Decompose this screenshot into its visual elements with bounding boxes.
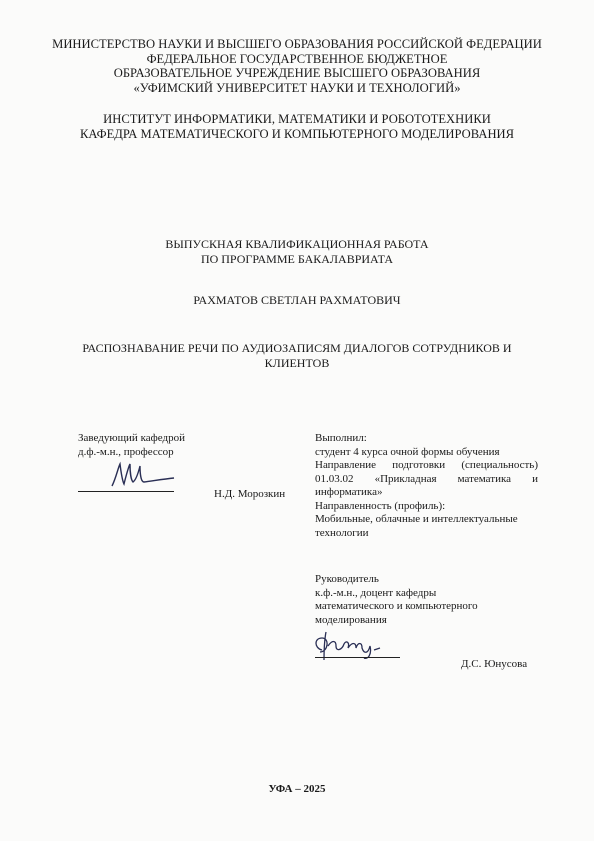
institute-header: ИНСТИТУТ ИНФОРМАТИКИ, МАТЕМАТИКИ И РОБОТ… — [0, 112, 594, 141]
header-line: «УФИМСКИЙ УНИВЕРСИТЕТ НАУКИ И ТЕХНОЛОГИЙ… — [0, 81, 594, 96]
supervisor-label: Руководитель — [315, 573, 538, 587]
ministry-header: МИНИСТЕРСТВО НАУКИ И ВЫСШЕГО ОБРАЗОВАНИЯ… — [0, 37, 594, 95]
supervisor-signature-line — [315, 657, 400, 658]
work-type: ВЫПУСКНАЯ КВАЛИФИКАЦИОННАЯ РАБОТА ПО ПРО… — [0, 237, 594, 266]
work-title-line: РАСПОЗНАВАНИЕ РЕЧИ ПО АУДИОЗАПИСЯМ ДИАЛО… — [0, 341, 594, 356]
performed-line: Направление подготовки (специальность) — [315, 459, 538, 473]
head-signature-line — [78, 491, 174, 492]
supervisor-line: к.ф.-м.н., доцент кафедры — [315, 587, 538, 601]
performed-line: Направленность (профиль): — [315, 500, 538, 514]
supervisor-line: математического и компьютерного — [315, 600, 538, 614]
performed-line: технологии — [315, 527, 538, 541]
header-line: МИНИСТЕРСТВО НАУКИ И ВЫСШЕГО ОБРАЗОВАНИЯ… — [0, 37, 594, 52]
supervisor-name: Д.С. Юнусова — [461, 658, 527, 672]
work-type-line: ПО ПРОГРАММЕ БАКАЛАВРИАТА — [0, 252, 594, 267]
header-line: ОБРАЗОВАТЕЛЬНОЕ УЧРЕЖДЕНИЕ ВЫСШЕГО ОБРАЗ… — [0, 66, 594, 81]
city-year: УФА – 2025 — [0, 783, 594, 795]
header-line: ФЕДЕРАЛЬНОЕ ГОСУДАРСТВЕННОЕ БЮДЖЕТНОЕ — [0, 52, 594, 67]
performed-line: студент 4 курса очной формы обучения — [315, 446, 538, 460]
author-name: РАХМАТОВ СВЕТЛАН РАХМАТОВИЧ — [0, 293, 594, 308]
work-type-line: ВЫПУСКНАЯ КВАЛИФИКАЦИОННАЯ РАБОТА — [0, 237, 594, 252]
performed-line: Мобильные, облачные и интеллектуальные — [315, 513, 538, 527]
supervisor-line: моделирования — [315, 614, 538, 628]
institute-name: ИНСТИТУТ ИНФОРМАТИКИ, МАТЕМАТИКИ И РОБОТ… — [0, 112, 594, 127]
performed-label: Выполнил: — [315, 432, 538, 446]
performed-line: 01.03.02 «Прикладная математика и — [315, 473, 538, 487]
head-degree: д.ф.-м.н., профессор — [78, 446, 185, 460]
head-role: Заведующий кафедрой — [78, 432, 185, 446]
department-name: КАФЕДРА МАТЕМАТИЧЕСКОГО И КОМПЬЮТЕРНОГО … — [0, 127, 594, 142]
performed-line: информатика» — [315, 486, 538, 500]
head-signature — [108, 460, 178, 492]
supervisor-block: Руководитель к.ф.-м.н., доцент кафедры м… — [315, 573, 538, 627]
head-of-department-block: Заведующий кафедрой д.ф.-м.н., профессор — [78, 432, 185, 459]
work-title-line: КЛИЕНТОВ — [0, 356, 594, 371]
work-title: РАСПОЗНАВАНИЕ РЕЧИ ПО АУДИОЗАПИСЯМ ДИАЛО… — [0, 341, 594, 370]
performed-by-block: Выполнил: студент 4 курса очной формы об… — [315, 432, 538, 540]
head-name: Н.Д. Морозкин — [214, 488, 285, 502]
